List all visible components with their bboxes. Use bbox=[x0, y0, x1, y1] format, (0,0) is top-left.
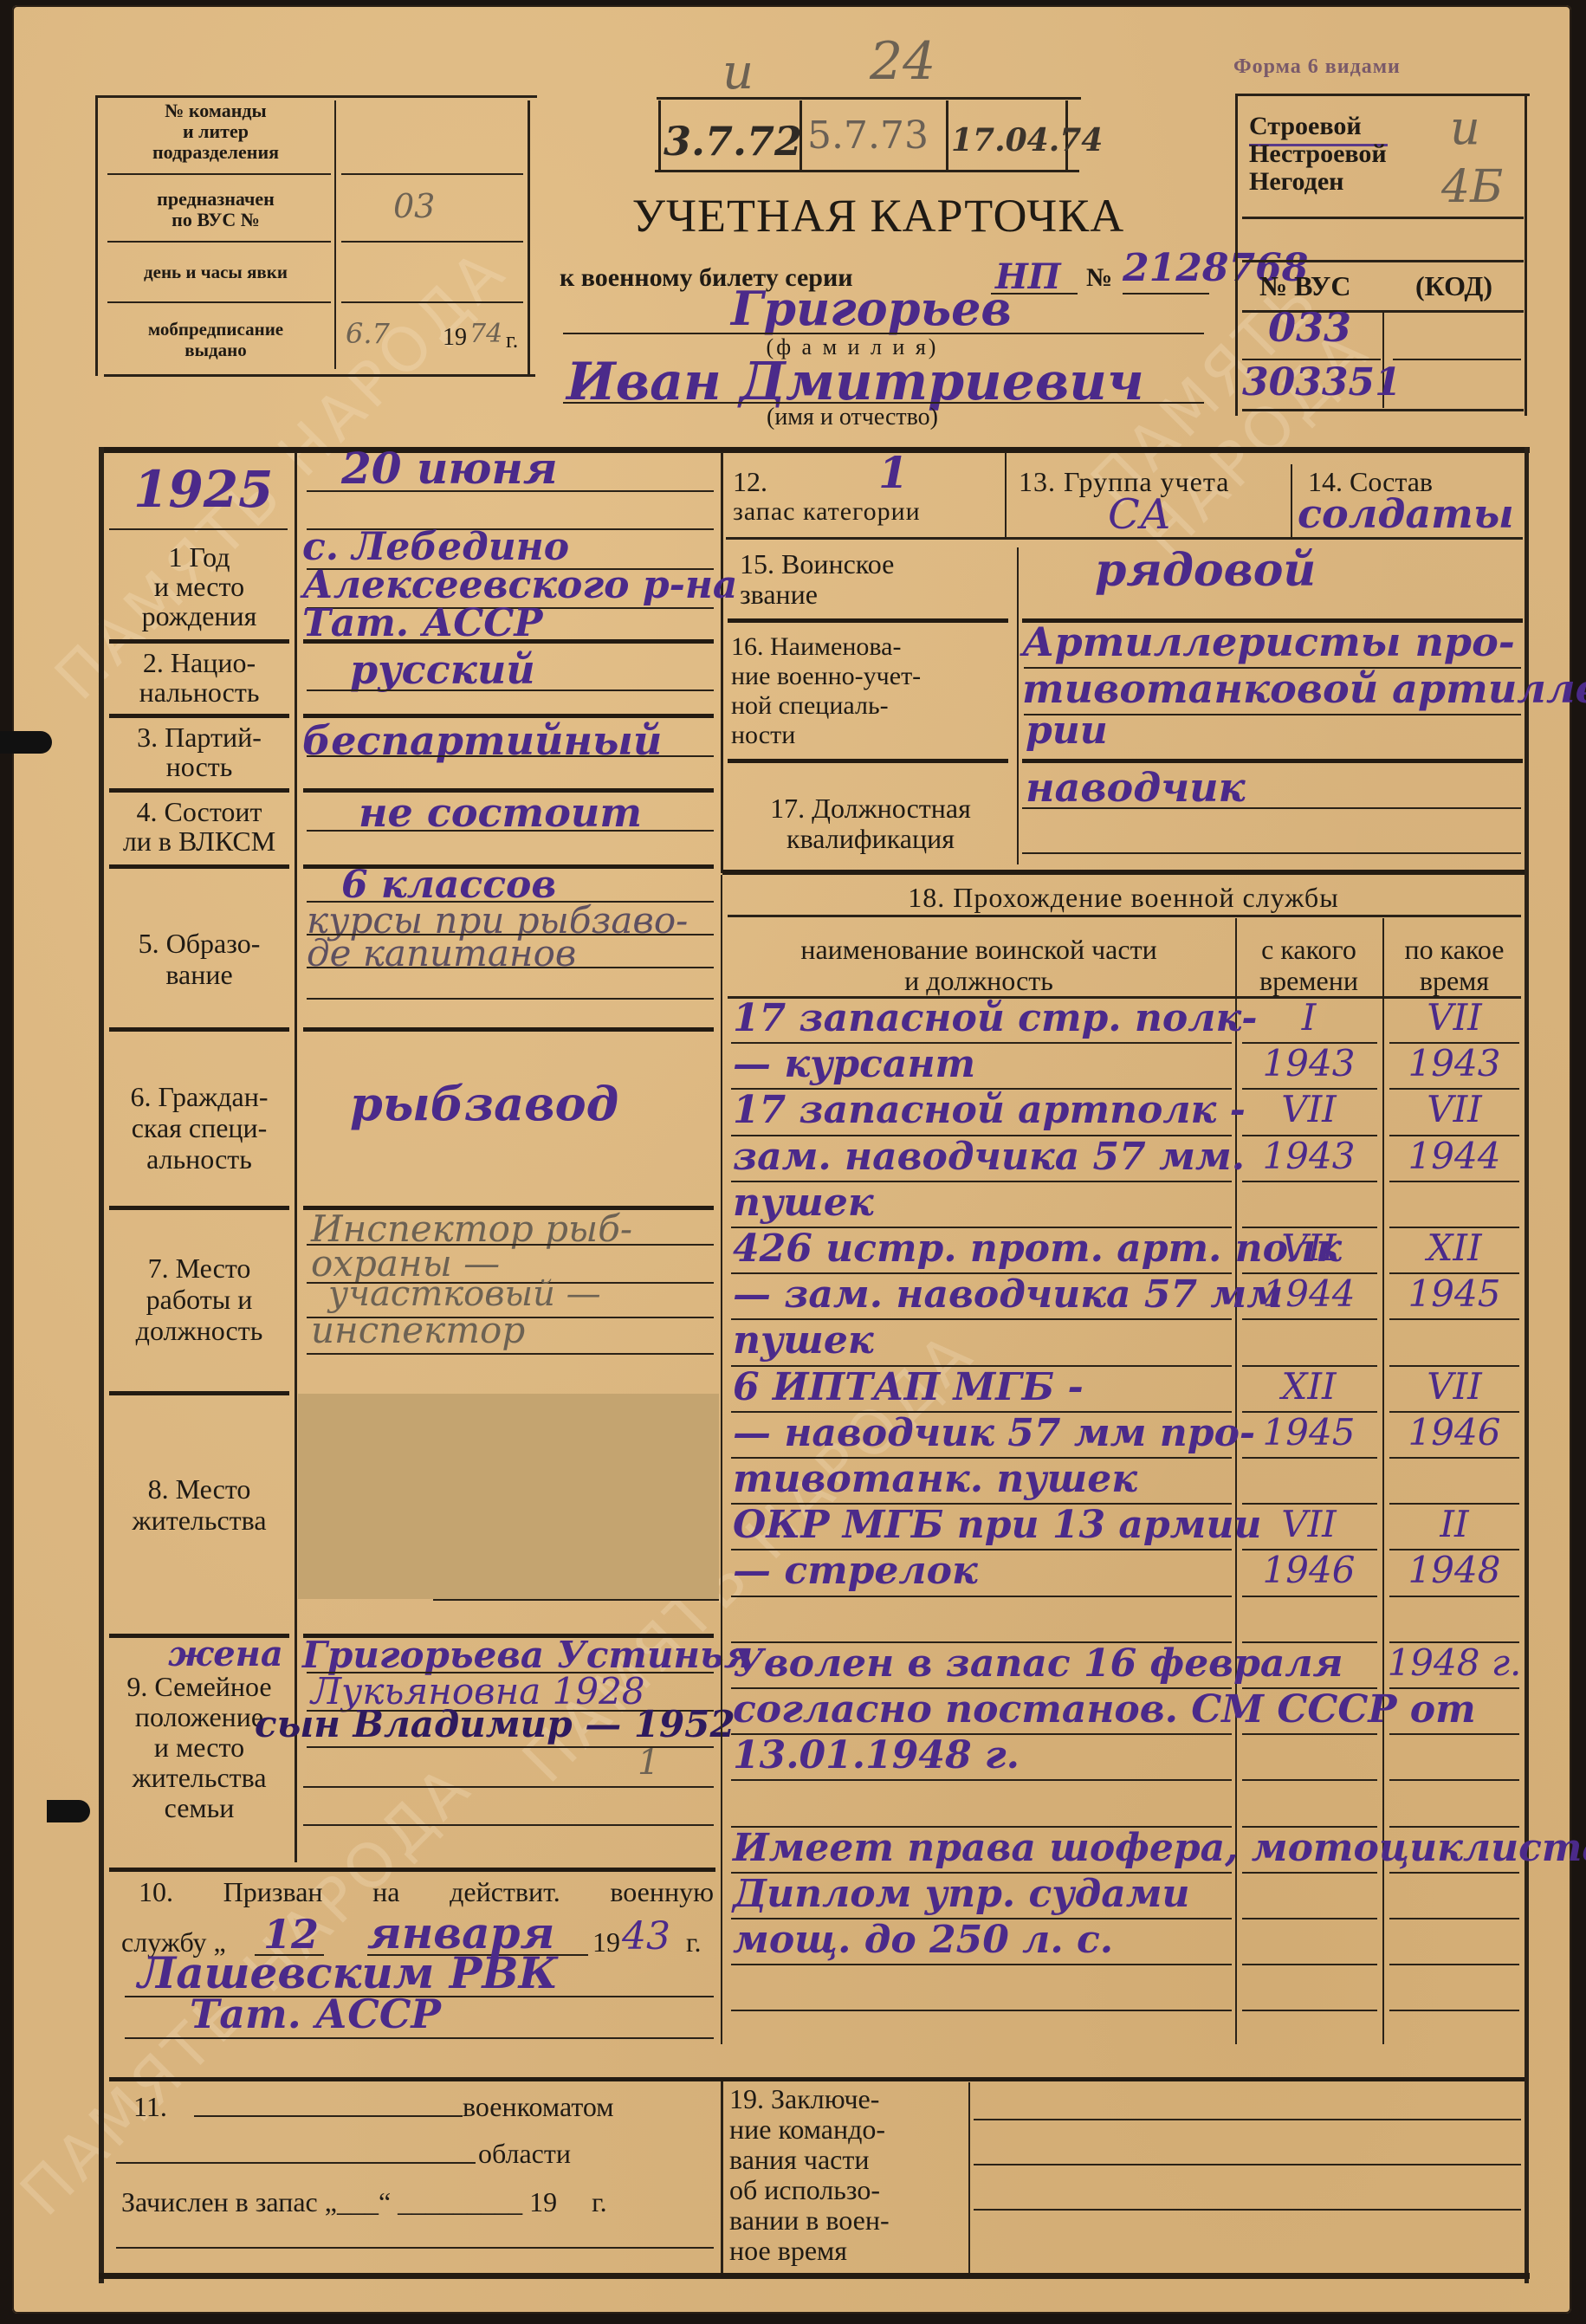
field-15-label: 15. Воинское звание bbox=[740, 549, 894, 610]
service-unit: мощ. до 250 л. с. bbox=[733, 1918, 1113, 1962]
field-2-label: 2. Нацио- нальность bbox=[106, 648, 293, 707]
service-col-to-header: по какое время bbox=[1384, 934, 1525, 996]
mob-order-g: г. bbox=[506, 327, 518, 353]
service-to: II bbox=[1384, 1503, 1525, 1545]
rank-value: рядовой bbox=[1095, 544, 1316, 597]
surname-value: Григорьев bbox=[731, 281, 1012, 336]
field-11-oblast: области bbox=[478, 2138, 571, 2170]
service-unit: согласно постанов. СМ СССР от bbox=[733, 1687, 1476, 1732]
field-7-label: 7. Место работы и должность bbox=[106, 1253, 293, 1346]
vus-assigned-value: 03 bbox=[393, 187, 435, 225]
draft-year-prefix: 19 bbox=[592, 1926, 620, 1958]
registration-card: ПАМЯТЬ НАРОДА ПАМЯТЬ НАРОДА ПАМЯТЬ НАРОД… bbox=[12, 5, 1571, 2314]
row-line bbox=[731, 1596, 1232, 1597]
residence-redacted: [скрыто] bbox=[298, 1394, 719, 1599]
fitness-option-1: Строевой bbox=[1249, 113, 1362, 140]
service-unit: Имеет права шофера, мотоциклиста bbox=[733, 1826, 1586, 1870]
komsomol-value: не состоит bbox=[359, 789, 642, 836]
row-line bbox=[1389, 1872, 1519, 1874]
row-line bbox=[731, 2010, 1232, 2011]
code-header: (КОД) bbox=[1415, 270, 1492, 302]
field-12-number: 12. bbox=[733, 466, 767, 498]
vus-assigned-label: предназначен по ВУС № bbox=[99, 189, 333, 230]
vus-name-line-3: рии bbox=[1026, 709, 1108, 753]
row-line bbox=[1242, 1457, 1377, 1459]
service-col-unit-header: наименование воинской части и должность bbox=[728, 934, 1230, 996]
family-mark: 1 bbox=[638, 1743, 659, 1783]
row-line bbox=[731, 1779, 1232, 1781]
vus-name-line-2: тивотанковой артилле- bbox=[1022, 665, 1586, 712]
service-to: 1944 bbox=[1384, 1135, 1525, 1177]
fitness-option-3: Негоден bbox=[1249, 168, 1343, 196]
field-11-voenkomat: военкоматом bbox=[463, 2091, 614, 2123]
service-from: VII bbox=[1237, 1503, 1381, 1545]
stamp-date-1: 3.7.72 bbox=[664, 118, 802, 165]
service-unit: 6 ИПТАП МГБ - bbox=[733, 1365, 1084, 1409]
field-5-label: 5. Образо- вание bbox=[106, 928, 293, 990]
service-to: XII bbox=[1384, 1227, 1525, 1269]
field-17-label: 17. Должностная квалификация bbox=[728, 793, 1013, 854]
vus-header: № ВУС bbox=[1259, 270, 1351, 302]
service-unit: Диплом упр. судами bbox=[733, 1872, 1190, 1916]
row-line bbox=[1242, 2010, 1377, 2011]
row-line bbox=[1242, 1596, 1377, 1597]
field-9-label: 9. Семейное положение и место жительства… bbox=[106, 1672, 293, 1823]
service-from: 1946 bbox=[1237, 1549, 1381, 1591]
binder-tab bbox=[0, 731, 52, 754]
service-from: XII bbox=[1237, 1365, 1381, 1408]
civil-specialty-value: рыбзавод bbox=[350, 1076, 618, 1131]
row-line bbox=[731, 1964, 1232, 1965]
birth-date: 20 июня bbox=[341, 443, 558, 494]
nationality-value: русский bbox=[350, 646, 535, 693]
fitness-mark: 4Б bbox=[1441, 161, 1503, 213]
field-8-label: 8. Место жительства bbox=[106, 1473, 293, 1536]
service-unit: 13.01.1948 г. bbox=[733, 1733, 1020, 1777]
service-unit: 17 запасной артполк - bbox=[733, 1088, 1246, 1132]
service-unit: пушек bbox=[733, 1318, 874, 1363]
birth-year: 1925 bbox=[133, 460, 273, 519]
service-to: 1946 bbox=[1384, 1411, 1525, 1453]
composition-value: солдаты bbox=[1298, 490, 1514, 537]
qualification-value: наводчик bbox=[1026, 764, 1246, 811]
row-line bbox=[1242, 1181, 1377, 1182]
pencil-mark: 24 bbox=[870, 31, 935, 92]
card-title: УЧЕТНАЯ КАРТОЧКА bbox=[610, 189, 1147, 243]
service-unit: — курсант bbox=[733, 1042, 975, 1086]
draft-by-line-2: Тат. АССР bbox=[190, 1991, 441, 2037]
team-number-label: № команды и литер подразделения bbox=[99, 100, 333, 163]
field-4-label: 4. Состоит ли в ВЛКСМ bbox=[106, 797, 293, 856]
service-unit: пушек bbox=[733, 1181, 874, 1225]
service-unit: Уволен в запас 16 февраля bbox=[733, 1641, 1343, 1686]
family-line-3: сын Владимир — 1952 bbox=[255, 1703, 735, 1745]
row-line bbox=[1389, 1181, 1519, 1182]
name-caption: (имя и отчество) bbox=[670, 404, 1034, 431]
field-12-label: запас категории bbox=[733, 497, 921, 527]
field-16-label: 16. Наименова- ние военно-учет- ной спец… bbox=[731, 632, 921, 750]
service-unit: 17 запасной стр. полк- bbox=[733, 996, 1258, 1040]
row-line bbox=[1389, 1596, 1519, 1597]
service-from: 1945 bbox=[1237, 1411, 1381, 1453]
fitness-option-2: Нестроевой bbox=[1249, 140, 1387, 168]
vus-value: 033 bbox=[1268, 304, 1351, 351]
service-to: VII bbox=[1384, 996, 1525, 1039]
row-line bbox=[1389, 1318, 1519, 1320]
pencil-mark: и bbox=[722, 44, 754, 100]
row-line bbox=[1389, 1733, 1519, 1735]
form-stamp: Форма 6 видами bbox=[1233, 55, 1401, 79]
stamp-date-3: 17.04.74 bbox=[951, 122, 1103, 159]
workplace-line-4: инспектор bbox=[311, 1309, 525, 1351]
row-line bbox=[1389, 1779, 1519, 1781]
code-value: 303351 bbox=[1242, 360, 1402, 405]
service-col-from-header: с какого времени bbox=[1237, 934, 1381, 996]
field-1-label: 1 Год и место рождения bbox=[106, 542, 293, 631]
service-to: 1945 bbox=[1384, 1272, 1525, 1315]
draft-year-g: г. bbox=[686, 1926, 702, 1958]
fitness-mark: и bbox=[1450, 100, 1480, 155]
family-prefix: жена bbox=[168, 1634, 283, 1674]
account-group: СА bbox=[1108, 490, 1171, 539]
vus-name-line-1: Артиллеристы про- bbox=[1022, 618, 1515, 665]
field-11-reserve: Зачислен в запас „___“ _________ 19 г. bbox=[121, 2186, 712, 2218]
service-from: 1944 bbox=[1237, 1272, 1381, 1315]
row-line bbox=[1242, 1872, 1377, 1874]
service-from: 1943 bbox=[1237, 1042, 1381, 1084]
row-line bbox=[1242, 1733, 1377, 1735]
reserve-category: 1 bbox=[878, 447, 909, 498]
binder-tab bbox=[47, 1800, 90, 1822]
stamp-date-2: 5.7.73 bbox=[807, 113, 929, 158]
service-to: 1948 г. bbox=[1384, 1641, 1525, 1684]
service-unit: тивотанк. пушек bbox=[733, 1457, 1137, 1501]
row-line bbox=[1389, 2010, 1519, 2011]
field-11-label: 11. bbox=[133, 2091, 167, 2123]
mob-order-year-prefix: 19 bbox=[443, 324, 467, 352]
field-3-label: 3. Партий- ность bbox=[106, 722, 293, 781]
field-10-label: 10. Призван на действит. военную bbox=[139, 1876, 714, 1908]
service-from: 1943 bbox=[1237, 1135, 1381, 1177]
mob-order-label: мобпредписание выдано bbox=[99, 319, 333, 360]
draft-year: 43 bbox=[622, 1914, 670, 1958]
service-unit: зам. наводчика 57 мм. bbox=[733, 1135, 1245, 1179]
service-unit: — стрелок bbox=[733, 1549, 978, 1593]
row-line bbox=[1242, 1918, 1377, 1919]
row-line bbox=[1242, 1964, 1377, 1965]
row-line bbox=[1389, 1457, 1519, 1459]
service-to: 1943 bbox=[1384, 1042, 1525, 1084]
mob-order-year: 74 bbox=[469, 319, 502, 349]
row-line bbox=[1389, 1964, 1519, 1965]
service-unit: ОКР МГБ при 13 армии bbox=[733, 1503, 1261, 1547]
row-line bbox=[1242, 1318, 1377, 1320]
ticket-no-label: № bbox=[1086, 263, 1112, 293]
service-from: VII bbox=[1237, 1088, 1381, 1130]
row-line bbox=[1242, 1779, 1377, 1781]
mob-order-date: 6.7 bbox=[346, 317, 390, 350]
row-line bbox=[1389, 1918, 1519, 1919]
service-unit: — зам. наводчика 57 мм bbox=[733, 1272, 1283, 1317]
service-from: I bbox=[1237, 996, 1381, 1039]
service-from: VII bbox=[1237, 1227, 1381, 1269]
field-6-label: 6. Граждан- ская специ- альность bbox=[106, 1081, 293, 1175]
report-day-label: день и часы явки bbox=[99, 262, 333, 283]
service-to: VII bbox=[1384, 1365, 1525, 1408]
service-unit: — наводчик 57 мм про- bbox=[733, 1411, 1255, 1455]
field-18-title: 18. Прохождение военной службы bbox=[722, 882, 1525, 914]
service-to: 1948 bbox=[1384, 1549, 1525, 1591]
service-to: VII bbox=[1384, 1088, 1525, 1130]
field-19-label: 19. Заключе- ние командо- вания части об… bbox=[729, 2084, 890, 2266]
